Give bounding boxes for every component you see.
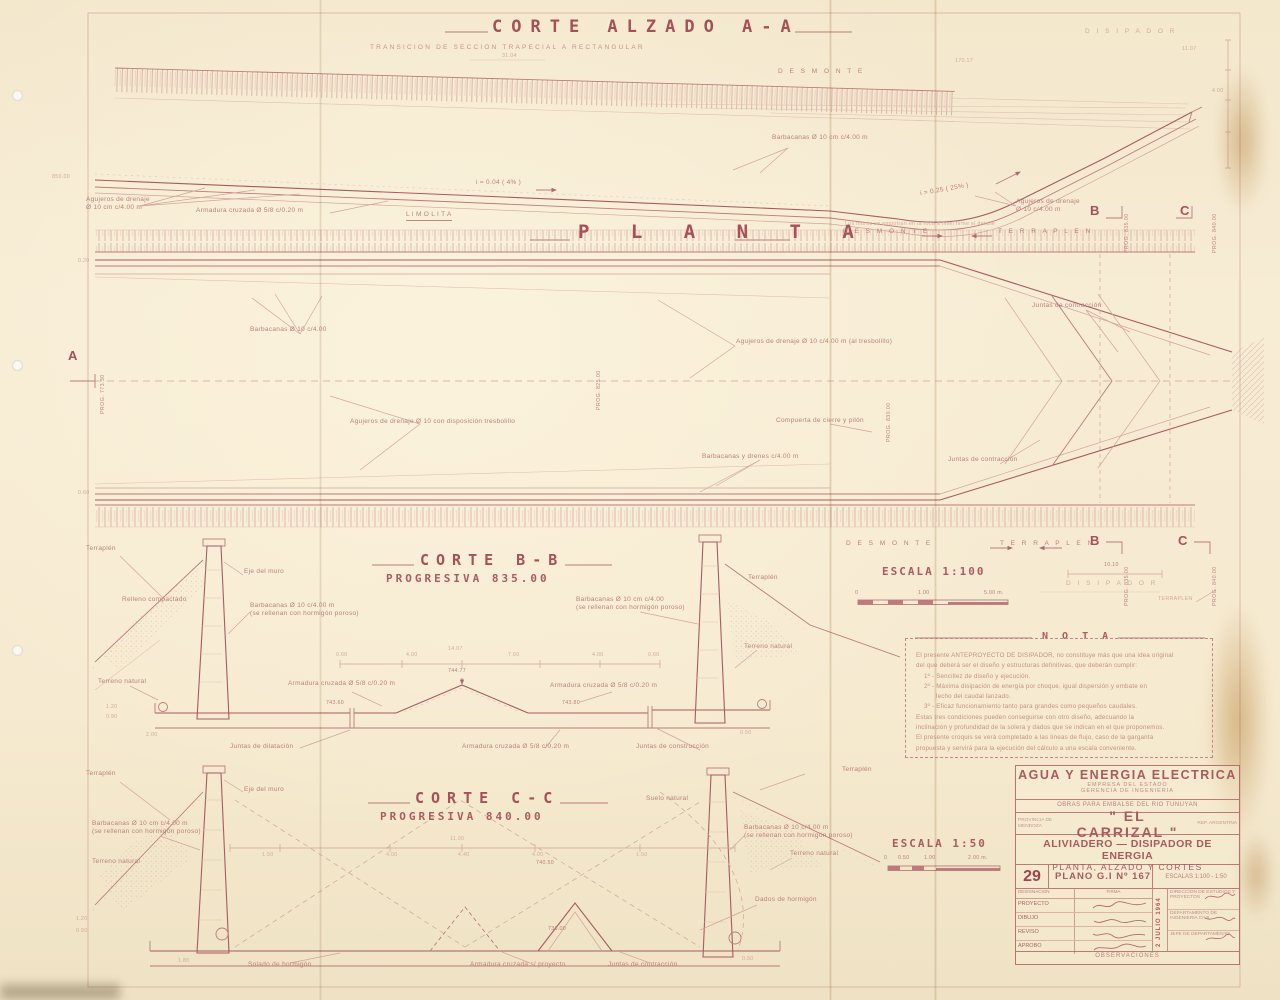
dim-label: 0.90 [106, 714, 118, 721]
signature-row: PROYECTO [1016, 899, 1152, 913]
project-row: PROVINCIA DE MENDOZA " EL CARRIZAL " REP… [1016, 813, 1239, 835]
scale-label-100: ESCALA 1:100 [882, 565, 985, 578]
sheet-number: 29 [1016, 865, 1049, 888]
natural-ground-label: Terreno natural [92, 858, 140, 866]
elevation-label: 743.60 [326, 700, 344, 707]
elevation-label: 740.50 [536, 860, 554, 867]
dim-label: 4.00 [592, 652, 604, 659]
plano-number: PLANO G.I Nº 167 [1049, 865, 1152, 888]
disipador-faint-label: D I S I P A D O R [1085, 28, 1177, 36]
dim-label: 0.50 [740, 730, 752, 737]
dim-label: 0.60 [78, 490, 90, 497]
org-name: AGUA Y ENERGIA ELECTRICA [1016, 768, 1239, 782]
dim-label: 2.00 [146, 732, 158, 739]
prog-vertical-label: PROG. 825.00 [596, 350, 602, 410]
punch-hole [12, 645, 23, 656]
rebar-label: Armadura cruzada s/ proyecto [470, 961, 565, 969]
dim-label: 11.07 [1182, 46, 1196, 53]
dim-label: 4.00 [386, 852, 398, 859]
prog-vertical-label: PROG. 840.00 [1212, 548, 1218, 606]
desmonte-label: D E S M O N T E [843, 228, 930, 236]
approval-cell: DIRECCION DE ESTUDIOS Y PROYECTOS [1168, 889, 1239, 910]
approval-cell: JEFE DE DEPARTAMENTO [1168, 931, 1239, 952]
nota-box: El presente ANTEPROYECTO DE DISIPADOR, n… [905, 638, 1213, 758]
scale-label-50: ESCALA 1:50 [892, 837, 987, 850]
signature-squiggle [1090, 942, 1150, 953]
blueprint-sheet: .s1{stroke:#a85a62;stroke-width:1.1;fill… [0, 0, 1280, 1000]
drain-holes-label: Agujeros de drenaje Ø 10 cm c/4.00 m [86, 196, 150, 213]
scale-tick: 0 [855, 590, 858, 597]
section-marker-c: C [1180, 203, 1189, 218]
dim-label: 10.10 [1104, 562, 1119, 569]
drawing-title-row: ALIVIADERO — DISIPADOR DE ENERGIA PLANTA… [1016, 835, 1239, 865]
scale-tick: 1.00 [918, 590, 930, 597]
signature-squiggle [1090, 928, 1150, 939]
approval-cell: DEPARTAMENTO DE INGENIERIA CIVIL [1168, 910, 1239, 931]
prog-vertical-label: PROG. 830.00 [886, 382, 892, 442]
subtitle-progresiva-cc: PROGRESIVA 840.00 [380, 810, 544, 823]
title-corte-cc: CORTE C-C [415, 789, 559, 807]
barbacanas-label: Barbacanas y drenes c/4.00 m [702, 453, 799, 461]
title-corte-bb: CORTE B-B [420, 551, 564, 569]
fill-label: Relleno compactado [122, 596, 187, 604]
contraction-joints-label: Juntas de contracción [948, 456, 1018, 464]
terraplen-label: Terraplén [86, 770, 116, 778]
dim-label: 1.50 [262, 852, 274, 859]
drain-holes-label: Agujeros de drenaje Ø 10 c/4.00 m [1016, 198, 1080, 215]
approval-cells: DIRECCION DE ESTUDIOS Y PROYECTOS DEPART… [1168, 889, 1239, 951]
drawing-title: ALIVIADERO — DISIPADOR DE ENERGIA [1016, 838, 1239, 862]
prog-vertical-label: PROG. 773.30 [100, 352, 106, 414]
signature-squiggle [1203, 932, 1237, 944]
contraction-joints-label: Juntas de contracción [608, 961, 678, 969]
expansion-joints-label: Juntas de dilatación [230, 743, 293, 751]
province-label: PROVINCIA DE MENDOZA [1016, 818, 1064, 829]
scale-tick: 1.00 [924, 855, 936, 862]
dim-label: 31.04 [502, 53, 517, 60]
prog-vertical-label: PROG. 835.00 [1124, 548, 1130, 606]
title-planta: P L A N T A [578, 221, 869, 243]
terraplen-label: Terraplén [748, 574, 778, 582]
contraction-joints-label: Juntas de contracción [1032, 302, 1102, 310]
concrete-paving-label: Solado de hormigón [248, 961, 312, 969]
scale-tick: 5.00 m. [984, 590, 1004, 597]
natural-ground-label: Terreno natural [744, 643, 792, 651]
barbacanas-label: Barbacanas Ø 10 c/4.00 [250, 326, 327, 334]
signature-table: DESIGNACION FIRMA PROYECTO DIBUJO REVISO… [1016, 889, 1239, 952]
signature-squiggle [1090, 900, 1150, 911]
barbacanas-label: Barbacanas Ø 10 cm c/4.00 (se rellenan c… [576, 596, 685, 613]
soil-label: Suelo natural [646, 795, 688, 803]
dim-label: 0.60 [336, 652, 348, 659]
dim-label: 1.50 [636, 852, 648, 859]
section-marker-a: A [68, 348, 77, 363]
dim-label: 4.00 [1212, 88, 1224, 95]
signature-row: REVISO [1016, 927, 1152, 941]
scale-tick: 0 [884, 855, 887, 862]
natural-ground-label: Terreno natural [98, 678, 146, 686]
subtitle-transicion: TRANSICION DE SECCION TRAPECIAL A RECTAN… [370, 44, 645, 51]
desmonte-label: D E S M O N T E [846, 540, 933, 548]
republic-label: REP. ARGENTINA [1191, 821, 1239, 826]
punch-hole [12, 90, 23, 101]
rebar-label: Armadura cruzada Ø 5/8 c/0.20 m [288, 680, 395, 688]
gate-label: Compuerta de cierre y pilón [776, 417, 864, 425]
dim-label: 0.20 [78, 258, 90, 265]
dim-label: 0.90 [76, 928, 88, 935]
terraplen-label: Terraplén [86, 545, 116, 553]
dim-label: 4.00 [532, 852, 544, 859]
dim-label: 4.00 [406, 652, 418, 659]
terraplen-label: Terraplén [842, 766, 872, 774]
scale-tick: 2.00 m. [968, 855, 988, 862]
subtitle-progresiva-bb: PROGRESIVA 835.00 [386, 572, 550, 585]
section-marker-b: B [1090, 203, 1099, 218]
desmonte-label: D E S M O N T E [778, 68, 865, 76]
wall-axis-label: Eje del muro [244, 568, 284, 576]
construction-joints-label: Juntas de construcción [636, 743, 709, 751]
title-block: AGUA Y ENERGIA ELECTRICA EMPRESA DEL EST… [1015, 765, 1240, 965]
dim-label: 1.20 [76, 916, 88, 923]
natural-ground-label: Terreno natural [790, 850, 838, 858]
section-marker-c: C [1178, 533, 1187, 548]
elevation-label: 744.77 [448, 668, 466, 675]
terraplen-label: T E R R A P L E N [1000, 540, 1095, 548]
baffle-blocks-label: Dados de hormigón [755, 896, 817, 904]
terraplen-label: T E R R A P L E N [998, 228, 1093, 236]
prog-vertical-label: PROG. 840.00 [1212, 195, 1218, 253]
title-corte-alzado: CORTE ALZADO A-A [492, 17, 800, 37]
disipador-label: D I S I P A D O R [1066, 580, 1158, 588]
wall-axis-label: Eje del muro [244, 786, 284, 794]
dim-label: 1.80 [178, 958, 190, 965]
signature-squiggle [1203, 890, 1237, 902]
plano-row: 29 PLANO G.I Nº 167 ESCALAS 1:100 - 1:50 [1016, 865, 1239, 889]
limolita-label: L I M O L I T A [406, 211, 452, 221]
signature-row: APROBO [1016, 941, 1152, 954]
dim-label: 170.17 [955, 58, 973, 65]
barbacanas-label: Barbacanas Ø 10 c/4.00 m (se rellenan co… [250, 602, 359, 619]
drain-holes-label: Agujeros de drenaje Ø 10 c/4.00 m (al tr… [736, 338, 892, 346]
elevation-label: 738.00 [548, 926, 566, 933]
designation-header: DESIGNACION [1016, 889, 1075, 898]
dim-label: 11.00 [450, 836, 464, 843]
scales-label: ESCALAS 1:100 - 1:50 [1152, 865, 1239, 888]
rebar-label: Armadura cruzada Ø 5/8 c/0.20 m [462, 743, 569, 751]
dim-label: 7.60 [508, 652, 520, 659]
dim-label: 14.07 [448, 646, 463, 653]
scale-tick: 0.50 [898, 855, 910, 862]
title-block-org: AGUA Y ENERGIA ELECTRICA EMPRESA DEL EST… [1016, 766, 1239, 800]
signature-row: DIBUJO [1016, 913, 1152, 927]
rebar-label: Armadura cruzada Ø 5/8 c/0.20 m [550, 682, 657, 690]
barbacanas-label: Barbacanas Ø 10 cm c/4.00 m [772, 134, 868, 142]
dim-label: 4.40 [458, 852, 470, 859]
signature-header: FIRMA [1075, 889, 1152, 898]
elevation-label: 743.80 [562, 700, 580, 707]
date-stamp: 2 JULIO 1964 [1153, 889, 1168, 951]
dim-label: 1.20 [106, 704, 118, 711]
elevation-label: 850.00 [52, 174, 70, 181]
org-sub2: GERENCIA DE INGENIERIA [1016, 788, 1239, 794]
dim-label: 0.60 [648, 652, 660, 659]
section-marker-b: B [1090, 533, 1099, 548]
slope-label: i = 0.04 ( 4% ) [476, 179, 521, 187]
nota-text: El presente ANTEPROYECTO DE DISIPADOR, n… [916, 651, 1204, 754]
rebar-label: Armadura cruzada Ø 5/8 c/0.20 m [196, 207, 303, 215]
dim-label: 0.50 [742, 956, 754, 963]
note-faint-label: Los muros se empotran en la roca a nivel… [845, 221, 995, 228]
terraplen-label: TERRAPLEN [1158, 596, 1193, 603]
punch-hole [12, 360, 23, 371]
signature-squiggle [1203, 911, 1237, 923]
signature-squiggle [1090, 914, 1150, 925]
barbacanas-label: Barbacanas Ø 10 cm c/4.00 m (se rellenan… [92, 820, 201, 837]
prog-vertical-label: PROG. 835.00 [1124, 195, 1130, 253]
drain-holes-label: Agujeros de drenaje Ø 10 con disposición… [350, 418, 515, 426]
signature-columns: DESIGNACION FIRMA PROYECTO DIBUJO REVISO… [1016, 889, 1153, 951]
barbacanas-label: Barbacanas Ø 10 c/4.00 m (se rellenan co… [744, 824, 853, 841]
